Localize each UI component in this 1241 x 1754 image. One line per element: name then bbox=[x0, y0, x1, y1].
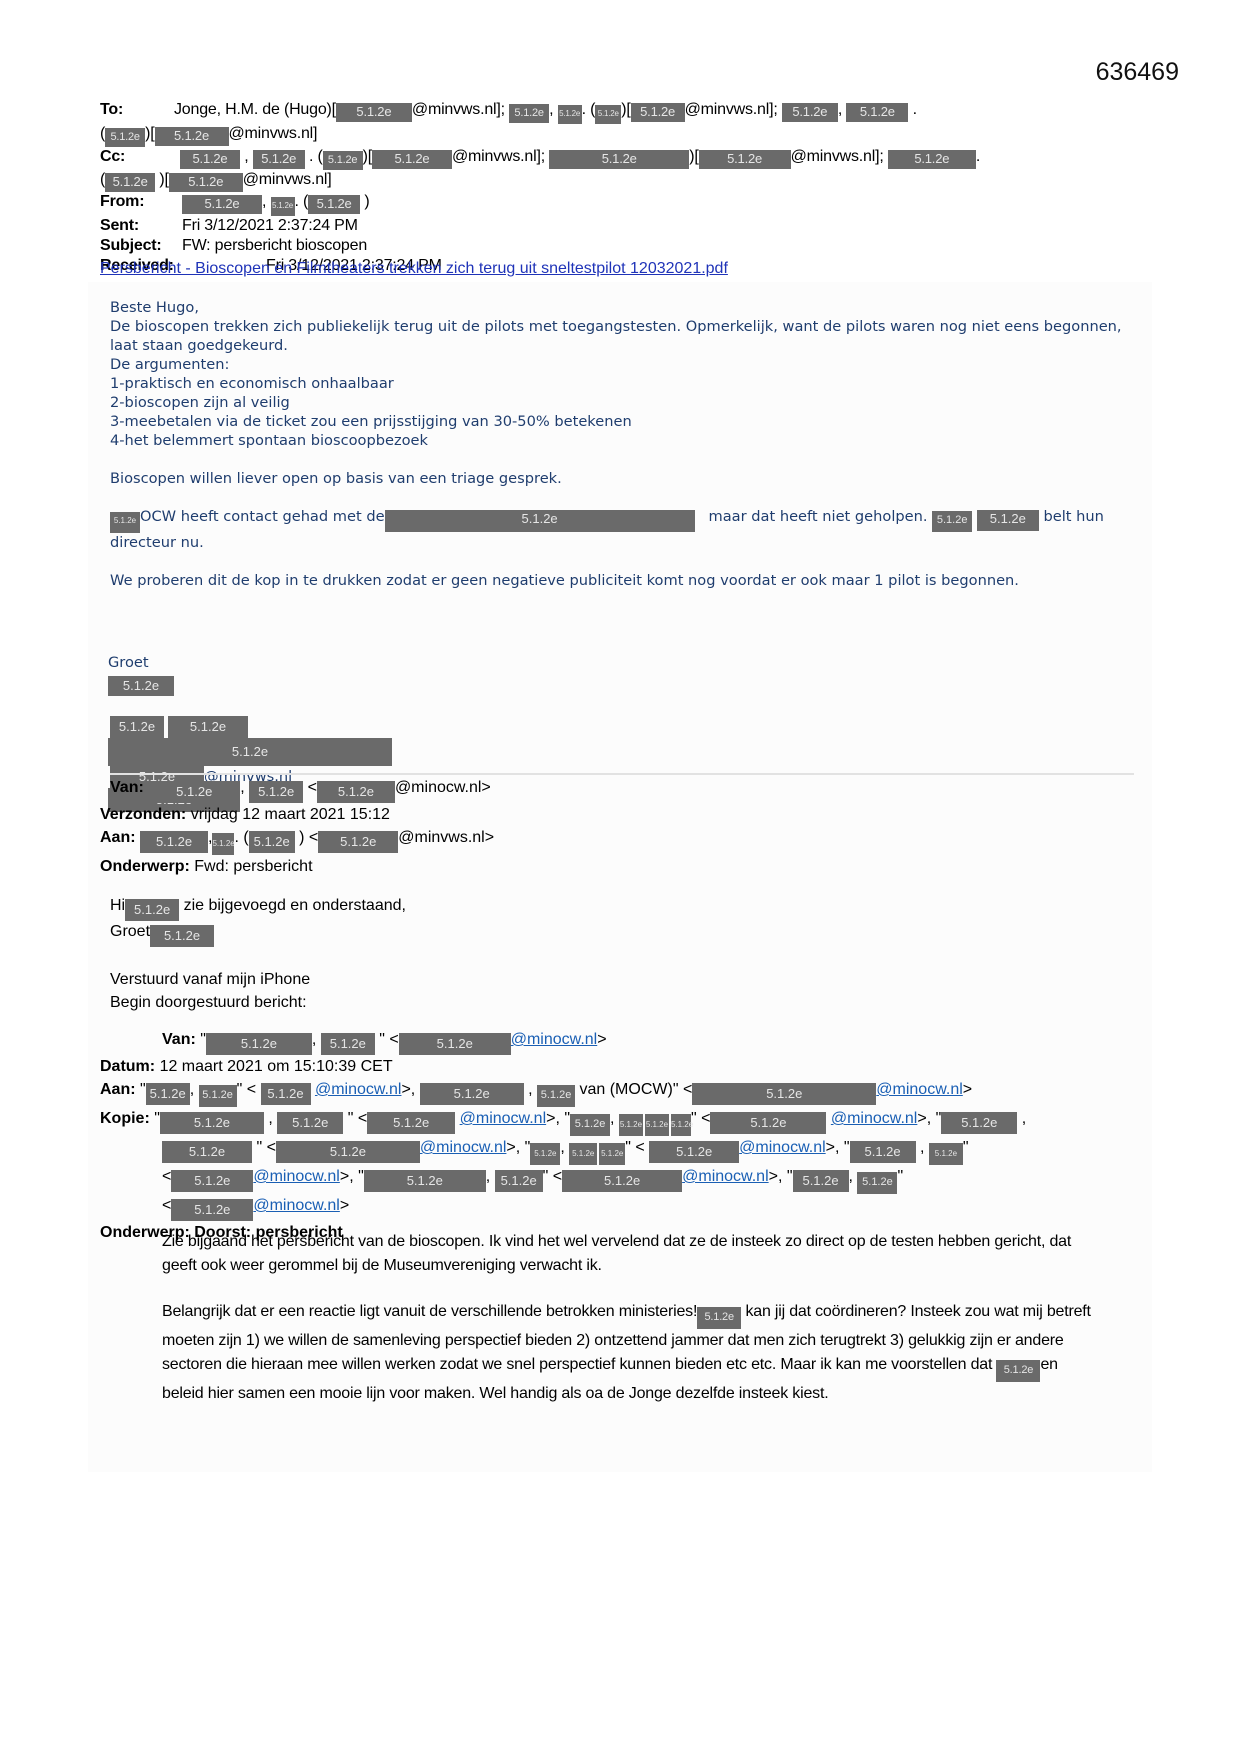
redaction: 5.1.2e bbox=[941, 1112, 1017, 1134]
redaction: 5.1.2e bbox=[146, 1083, 190, 1105]
sent-value: Fri 3/12/2021 2:37:24 PM bbox=[182, 217, 358, 234]
redaction: 5.1.2e bbox=[385, 510, 695, 532]
text-fragment: Belangrijk dat er een reactie ligt vanui… bbox=[162, 1303, 697, 1320]
argument-item: 2-bioscopen zijn al veilig bbox=[110, 393, 1130, 412]
redaction: 5.1.2e bbox=[599, 1143, 625, 1165]
email-link[interactable]: @minocw.nl bbox=[315, 1081, 402, 1098]
kopie-row-cont-3: <5.1.2e@minocw.nl> bbox=[100, 1194, 1160, 1221]
redaction: 5.1.2e bbox=[558, 105, 582, 124]
redaction: 5.1.2e bbox=[169, 173, 243, 192]
redaction: 5.1.2e bbox=[271, 197, 295, 216]
redaction: 5.1.2e bbox=[364, 1170, 486, 1192]
van-label: Van: bbox=[162, 1031, 196, 1048]
email-domain: @minvws.nl]; bbox=[791, 148, 884, 165]
paragraph: Belangrijk dat er een reactie ligt vanui… bbox=[162, 1300, 1092, 1405]
redaction: 5.1.2e bbox=[155, 127, 229, 146]
arguments-title: De argumenten: bbox=[110, 355, 1130, 374]
kopie-row: Kopie: "5.1.2e , 5.1.2e " <5.1.2e @minoc… bbox=[100, 1107, 1160, 1136]
to-primary-recipient: Jonge, H.M. de (Hugo)[ bbox=[174, 101, 336, 118]
redaction: 5.1.2e bbox=[105, 173, 155, 192]
paragraph: De bioscopen trekken zich publiekelijk t… bbox=[110, 317, 1130, 355]
sent-label: Sent: bbox=[100, 216, 182, 236]
separator-line bbox=[110, 773, 1134, 775]
email-link[interactable]: @minocw.nl bbox=[511, 1031, 598, 1048]
redaction: 5.1.2e bbox=[570, 1114, 610, 1136]
van-label: Van: bbox=[110, 779, 144, 796]
to-label: To: bbox=[100, 100, 174, 120]
email-domain: @minvws.nl] bbox=[229, 125, 318, 142]
datum-value: 12 maart 2021 om 15:10:39 CET bbox=[160, 1058, 393, 1075]
van-row: Van: 5.1.2e, 5.1.2e <5.1.2e@minocw.nl> bbox=[100, 776, 1160, 803]
paragraph: 5.1.2eOCW heeft contact gehad met de5.1.… bbox=[110, 507, 1130, 552]
redaction: 5.1.2e bbox=[782, 103, 838, 122]
from-label: From: bbox=[100, 192, 182, 212]
redaction: 5.1.2e bbox=[569, 1143, 597, 1165]
text-fragment: Hi bbox=[110, 897, 125, 914]
redaction: 5.1.2e bbox=[420, 1083, 524, 1105]
redaction: 5.1.2e bbox=[619, 1114, 643, 1136]
verzonden-value: vrijdag 12 maart 2021 15:12 bbox=[191, 806, 390, 823]
groet-line: Groet5.1.2e bbox=[110, 921, 406, 947]
email-link[interactable]: @minocw.nl bbox=[253, 1197, 340, 1214]
attachment: Persbericht - Bioscopen en Filmtheaters … bbox=[100, 260, 728, 278]
redaction: 5.1.2e bbox=[249, 831, 295, 853]
redaction: 5.1.2e bbox=[318, 831, 398, 853]
redaction: 5.1.2e bbox=[857, 1172, 897, 1194]
redaction: 5.1.2e bbox=[212, 833, 234, 855]
email-link[interactable]: @minocw.nl bbox=[253, 1168, 340, 1185]
email-domain: @minocw.nl> bbox=[395, 779, 491, 796]
paragraph: We proberen dit de kop in te drukken zod… bbox=[110, 571, 1130, 590]
redaction: 5.1.2e bbox=[110, 716, 164, 738]
from-row: From:5.1.2e, 5.1.2e. (5.1.2e ) bbox=[100, 192, 1180, 216]
redaction: 5.1.2e bbox=[645, 1114, 669, 1136]
redaction: 5.1.2e bbox=[631, 103, 685, 122]
redaction: 5.1.2e bbox=[277, 1112, 343, 1134]
redaction: 5.1.2e bbox=[692, 1083, 876, 1105]
aan-label: Aan: bbox=[100, 829, 136, 846]
greeting: Beste Hugo, bbox=[110, 298, 1130, 317]
redaction: 5.1.2e bbox=[977, 510, 1039, 531]
redaction: 5.1.2e bbox=[261, 1083, 311, 1105]
onderwerp-value: Fwd: persbericht bbox=[194, 858, 312, 875]
cc-label: Cc: bbox=[100, 147, 180, 167]
redaction: 5.1.2e bbox=[253, 150, 305, 169]
sent-row: Sent:Fri 3/12/2021 2:37:24 PM bbox=[100, 216, 1180, 236]
paragraph: Bioscopen willen liever open op basis va… bbox=[110, 469, 1130, 488]
email-link[interactable]: @minocw.nl bbox=[420, 1139, 507, 1156]
email-link[interactable]: @minocw.nl bbox=[831, 1110, 918, 1127]
email-domain: @minvws.nl]; bbox=[452, 148, 545, 165]
redaction: 5.1.2e bbox=[699, 150, 791, 169]
redaction: 5.1.2e bbox=[671, 1114, 691, 1136]
redaction: 5.1.2e bbox=[110, 512, 140, 533]
redaction: 5.1.2e bbox=[509, 104, 549, 123]
argument-item: 3-meebetalen via de ticket zou een prijs… bbox=[110, 412, 1130, 431]
to-row-cont: (5.1.2e)[5.1.2e@minvws.nl] bbox=[100, 124, 1180, 147]
email-domain: @minvws.nl]; bbox=[685, 101, 778, 118]
redaction: 5.1.2e bbox=[850, 1141, 916, 1163]
subject-value: FW: persbericht bioscopen bbox=[182, 237, 367, 254]
redaction: 5.1.2e bbox=[562, 1170, 682, 1192]
redaction: 5.1.2e bbox=[537, 1085, 575, 1107]
aan-row: Aan: "5.1.2e, 5.1.2e" < 5.1.2e @minocw.n… bbox=[100, 1078, 1160, 1107]
redaction: 5.1.2e bbox=[367, 1112, 455, 1134]
argument-item: 4-het belemmert spontaan bioscoopbezoek bbox=[110, 431, 1130, 450]
redaction: 5.1.2e bbox=[495, 1170, 543, 1192]
redaction: 5.1.2e bbox=[199, 1085, 237, 1107]
redaction: 5.1.2e bbox=[697, 1307, 741, 1329]
hi-line: Hi5.1.2e zie bijgevoegd en onderstaand, bbox=[110, 895, 406, 921]
redaction: 5.1.2e bbox=[108, 738, 392, 766]
redaction: 5.1.2e bbox=[125, 899, 179, 921]
email-domain: @minvws.nl] bbox=[243, 171, 332, 188]
redaction: 5.1.2e bbox=[323, 151, 363, 170]
redaction: 5.1.2e bbox=[549, 150, 689, 169]
redaction: 5.1.2e bbox=[148, 781, 240, 803]
redaction: 5.1.2e bbox=[595, 105, 621, 124]
email-link[interactable]: @minocw.nl bbox=[739, 1139, 826, 1156]
email-link[interactable]: @minocw.nl bbox=[460, 1110, 547, 1127]
begin-forward-line: Begin doorgestuurd bericht: bbox=[110, 992, 406, 1015]
verzonden-row: Verzonden: vrijdag 12 maart 2021 15:12 bbox=[100, 803, 1160, 826]
aan-row: Aan: 5.1.2e,5.1.2e. (5.1.2e ) <5.1.2e@mi… bbox=[100, 826, 1160, 855]
redaction: 5.1.2e bbox=[160, 1112, 264, 1134]
cc-row-cont: (5.1.2e )[5.1.2e@minvws.nl] bbox=[100, 170, 1180, 192]
text-fragment: Groet bbox=[110, 923, 150, 940]
attachment-link[interactable]: Persbericht - Bioscopen en Filmtheaters … bbox=[100, 260, 728, 277]
to-row: To:Jonge, H.M. de (Hugo)[5.1.2e@minvws.n… bbox=[100, 100, 1180, 124]
text-fragment: maar dat heeft niet geholpen. bbox=[709, 508, 928, 525]
kopie-row-cont-1: 5.1.2e " <5.1.2e@minocw.nl>, "5.1.2e, 5.… bbox=[100, 1136, 1160, 1165]
redaction: 5.1.2e bbox=[996, 1360, 1040, 1382]
redaction: 5.1.2e bbox=[336, 103, 412, 122]
redaction: 5.1.2e bbox=[710, 1112, 826, 1134]
redaction: 5.1.2e bbox=[888, 150, 976, 169]
document-number: 636469 bbox=[1096, 58, 1179, 87]
forward-header-2: Van: "5.1.2e, 5.1.2e " <5.1.2e@minocw.nl… bbox=[100, 1028, 1160, 1244]
email-link[interactable]: @minocw.nl bbox=[682, 1168, 769, 1185]
email-domain: @minvws.nl> bbox=[398, 829, 494, 846]
redaction: 5.1.2e bbox=[140, 831, 208, 853]
redaction: 5.1.2e bbox=[399, 1033, 511, 1055]
redaction: 5.1.2e bbox=[108, 676, 174, 696]
sent-from-line: Verstuurd vanaf mijn iPhone bbox=[110, 969, 406, 992]
redaction: 5.1.2e bbox=[649, 1141, 739, 1163]
paragraph: Zie bijgaand het persbericht van de bios… bbox=[162, 1230, 1092, 1277]
onderwerp-row: Onderwerp: Fwd: persbericht bbox=[100, 855, 1160, 878]
redaction: 5.1.2e bbox=[168, 716, 248, 738]
datum-row: Datum: 12 maart 2021 om 15:10:39 CET bbox=[100, 1055, 1160, 1078]
cc-row: Cc:5.1.2e , 5.1.2e . (5.1.2e)[5.1.2e@min… bbox=[100, 147, 1180, 170]
redaction: 5.1.2e bbox=[206, 1033, 312, 1055]
datum-label: Datum: bbox=[100, 1058, 155, 1075]
forward-header-1: Van: 5.1.2e, 5.1.2e <5.1.2e@minocw.nl> V… bbox=[100, 776, 1160, 878]
email-header: To:Jonge, H.M. de (Hugo)[5.1.2e@minvws.n… bbox=[100, 100, 1180, 276]
message-body-2: Hi5.1.2e zie bijgevoegd en onderstaand, … bbox=[110, 895, 406, 1014]
redaction: 5.1.2e bbox=[276, 1141, 420, 1163]
redaction: 5.1.2e bbox=[249, 781, 303, 803]
redaction: 5.1.2e bbox=[180, 150, 240, 169]
text-fragment: zie bijgevoegd en onderstaand, bbox=[184, 897, 406, 914]
redaction: 5.1.2e bbox=[530, 1143, 560, 1165]
redaction: 5.1.2e bbox=[150, 925, 214, 947]
text-fragment: van (MOCW)" < bbox=[579, 1081, 692, 1098]
redaction: 5.1.2e bbox=[372, 150, 452, 169]
sign-off: Groet bbox=[108, 654, 149, 671]
redaction: 5.1.2e bbox=[171, 1199, 253, 1221]
subject-label: Subject: bbox=[100, 236, 182, 256]
verzonden-label: Verzonden: bbox=[100, 806, 186, 823]
onderwerp-label: Onderwerp: bbox=[100, 858, 190, 875]
kopie-row-cont-2: <5.1.2e@minocw.nl>, "5.1.2e, 5.1.2e" <5.… bbox=[100, 1165, 1160, 1194]
redaction: 5.1.2e bbox=[846, 103, 908, 122]
aan-label: Aan: bbox=[100, 1081, 136, 1098]
redaction: 5.1.2e bbox=[105, 128, 145, 147]
redaction: 5.1.2e bbox=[162, 1141, 252, 1163]
redaction: 5.1.2e bbox=[929, 1143, 963, 1165]
email-link[interactable]: @minocw.nl bbox=[876, 1081, 963, 1098]
message-body-3: Zie bijgaand het persbericht van de bios… bbox=[162, 1230, 1092, 1428]
subject-row: Subject:FW: persbericht bioscopen bbox=[100, 236, 1180, 256]
van-row: Van: "5.1.2e, 5.1.2e " <5.1.2e@minocw.nl… bbox=[100, 1028, 1160, 1055]
text-fragment: OCW heeft contact gehad met de bbox=[140, 508, 385, 525]
redaction: 5.1.2e bbox=[308, 195, 360, 214]
redaction: 5.1.2e bbox=[932, 511, 972, 532]
kopie-label: Kopie: bbox=[100, 1110, 150, 1127]
argument-item: 1-praktisch en economisch onhaalbaar bbox=[110, 374, 1130, 393]
message-body-1: Beste Hugo, De bioscopen trekken zich pu… bbox=[110, 298, 1130, 590]
redaction: 5.1.2e bbox=[171, 1170, 253, 1192]
redaction: 5.1.2e bbox=[793, 1170, 849, 1192]
redaction: 5.1.2e bbox=[317, 781, 395, 803]
redaction: 5.1.2e bbox=[182, 195, 262, 214]
redaction: 5.1.2e bbox=[321, 1033, 375, 1055]
email-domain: @minvws.nl]; bbox=[412, 101, 505, 118]
